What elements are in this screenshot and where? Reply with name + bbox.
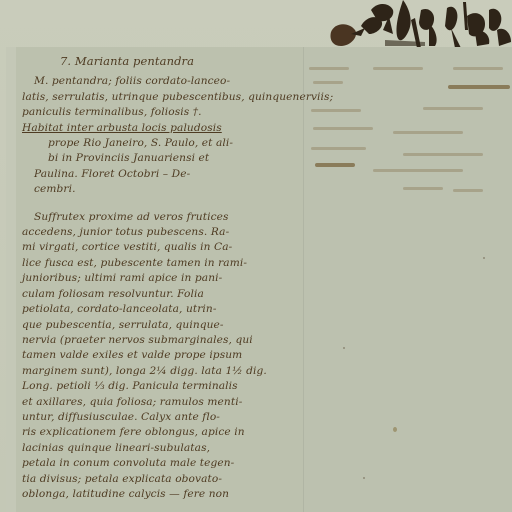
note-line: petala in conum convoluta male tegen- [22,456,312,471]
bleed-through-ink [313,127,373,130]
bleed-through-ink [403,153,483,156]
bleed-through-panel [303,47,512,512]
bleed-through-ink [448,85,510,89]
bleed-through-ink [311,147,366,150]
note-line: Paulina. Floret Octobri – De- [22,167,312,182]
bleed-through-ink [393,131,463,134]
note-line: et axillares, quia foliosa; ramulos ment… [22,395,312,410]
note-line: tia divisus; petala explicata obovato- [22,472,312,487]
bleed-through-ink [313,81,343,84]
note-line: accedens, junior totus pubescens. Ra- [22,225,312,240]
bleed-through-ink [311,109,361,112]
bleed-through-ink [423,107,483,110]
paper-margin [6,47,16,512]
note-line: ris explicationem fere oblongus, apice i… [22,425,312,440]
bleed-through-ink [315,163,355,167]
note-line: tamen valde exiles et valde prope ipsum [22,348,312,363]
bleed-through-ink [373,169,463,172]
paragraph-gap [22,198,312,210]
note-line: mi virgati, cortice vestiti, qualis in C… [22,240,312,255]
note-line: que pubescentia, serrulata, quinque- [22,318,312,333]
note-line: Long. petioli ⅓ dig. Panicula terminalis [22,379,312,394]
note-line: paniculis terminalibus, foliosis †. [22,105,312,120]
note-line: lice fusca est, pubescente tamen in rami… [22,256,312,271]
note-line: culam foliosam resolvuntur. Folia [22,287,312,302]
bleed-through-ink [309,67,349,70]
note-line: nervia (praeter nervos submarginales, qu… [22,333,312,348]
bleed-through-ink [453,189,483,192]
note-line: bi in Provinciis Januariensi et [22,151,312,166]
note-line: oblonga, latitudine calycis — fere non [22,487,312,502]
paper-speck [343,347,345,349]
note-line: junioribus; ultimi rami apice in pani- [22,271,312,286]
note-line: M. pentandra; foliis cordato-lanceo- [22,74,312,89]
note-line: untur, diffusiusculae. Calyx ante flo- [22,410,312,425]
paper-speck [393,427,397,432]
bleed-through-ink [373,67,423,70]
bleed-through-ink [453,67,503,70]
note-line: petiolata, cordato-lanceolata, utrin- [22,302,312,317]
paper-speck [363,477,365,479]
plant-specimen-icon [325,0,512,50]
handwritten-text: 7. Marianta pentandra M. pentandra; foli… [22,54,312,502]
note-line: Suffrutex proxime ad veros frutices [22,210,312,225]
note-line-habitat: Habitat inter arbusta locis paludosis [22,121,312,136]
note-line: marginem sunt), longa 2¼ digg. lata 1½ d… [22,364,312,379]
paper-speck [483,257,485,259]
bleed-through-ink [403,187,443,190]
note-line: latis, serrulatis, utrinque pubescentibu… [22,90,312,105]
species-title: 7. Marianta pentandra [22,54,312,69]
note-line: lacinias quinque lineari-subulatas, [22,441,312,456]
note-line: prope Rio Janeiro, S. Paulo, et ali- [22,136,312,151]
note-line: cembri. [22,182,312,197]
